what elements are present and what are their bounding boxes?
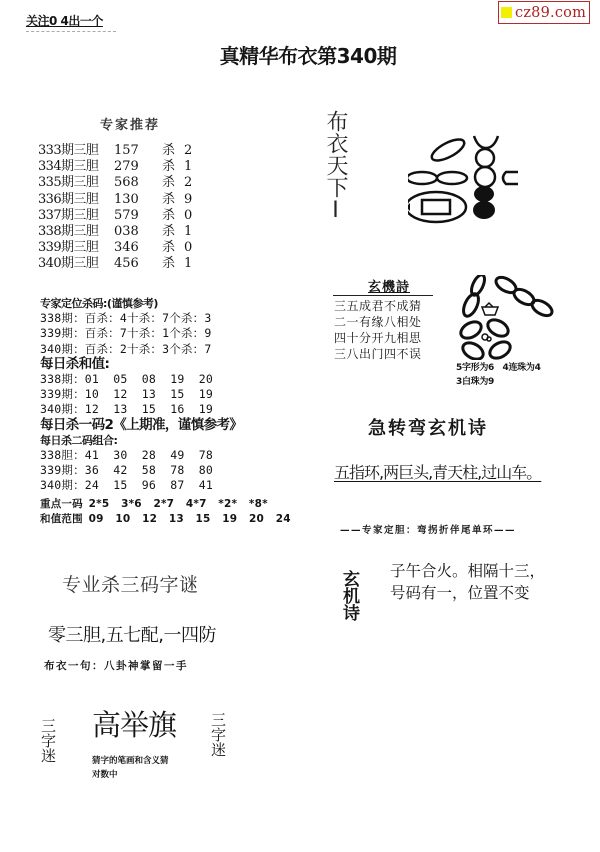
kill-label: 杀 bbox=[162, 159, 184, 175]
expert-picks-table: 333期三胆157杀2 334期三胆279杀1 335期三胆568杀2 336期… bbox=[38, 143, 192, 273]
period-cell: 338期三胆 bbox=[38, 224, 114, 240]
table-row: 336期三胆130杀9 bbox=[38, 192, 192, 208]
bead-diagram-2 bbox=[458, 275, 568, 364]
turn-poem-line: 五指环,两巨头,青天柱,过山车。 bbox=[334, 460, 541, 483]
follow-note: 关注0 4出一个 bbox=[26, 12, 103, 29]
table-row: 335期三胆568杀2 bbox=[38, 175, 192, 191]
table-row: 338期三胆038杀1 bbox=[38, 224, 192, 240]
daily-one-kill: 每日杀一码2《上期准，谨慎参考》 bbox=[40, 418, 291, 433]
turn-poem-title: 急转弯玄机诗 bbox=[368, 414, 488, 440]
expert-bile-line: ——专家定胆：弯拐折伴尾单环—— bbox=[340, 522, 516, 536]
site-badge-text: cz89.com bbox=[515, 5, 586, 21]
mystic-vertical-label: 玄机诗 bbox=[335, 570, 362, 621]
bead-note-line: 3白珠为9 bbox=[456, 375, 541, 389]
kill-cell: 1 bbox=[184, 159, 192, 175]
period-cell: 334期三胆 bbox=[38, 159, 114, 175]
sum-range: 和值范围 09 10 12 13 15 19 20 24 bbox=[40, 512, 291, 527]
poem-line: 二一有缘八相处 bbox=[334, 314, 422, 330]
period-cell: 336期三胆 bbox=[38, 192, 114, 208]
riddle-hint-line: 猜字的笔画和含义猜 bbox=[92, 754, 192, 768]
period-cell: 335期三胆 bbox=[38, 175, 114, 191]
expert-picks-heading: 专家推荐 bbox=[100, 114, 160, 133]
bead-figure-icon bbox=[408, 134, 538, 224]
list-item: 338期：百杀：4十杀：7个杀：3 bbox=[40, 311, 291, 326]
mystic-poem-title: 玄機詩 bbox=[368, 276, 410, 295]
buyi-vertical-title: 布衣天下I bbox=[322, 110, 349, 223]
list-item: 339期：10 12 13 15 19 bbox=[40, 387, 291, 402]
list-item: 339期：36 42 58 78 80 bbox=[40, 463, 291, 478]
kill-cell: 1 bbox=[184, 256, 192, 272]
list-item: 340期：12 13 15 16 19 bbox=[40, 402, 291, 417]
table-row: 337期三胆579杀0 bbox=[38, 208, 192, 224]
kill-label: 杀 bbox=[162, 256, 184, 272]
list-item: 339期：百杀：7十杀：1个杀：9 bbox=[40, 326, 291, 341]
riddle-label-left: 三字迷 bbox=[40, 718, 56, 763]
mystic-line: 号码有一，位置不变 bbox=[390, 582, 545, 604]
nums-cell: 456 bbox=[114, 256, 162, 272]
poem-line: 三五成君不成猜 bbox=[334, 298, 422, 314]
nums-cell: 038 bbox=[114, 224, 162, 240]
list-item: 338期：01 05 08 19 20 bbox=[40, 372, 291, 387]
position-kill-block: 专家定位杀码:(谨慎参考) 338期：百杀：4十杀：7个杀：3 339期：百杀：… bbox=[40, 296, 291, 527]
kill-cell: 9 bbox=[184, 192, 192, 208]
kill-label: 杀 bbox=[162, 208, 184, 224]
site-badge[interactable]: cz89.com bbox=[498, 1, 590, 24]
buyi-one-line: 布衣一句：八卦神掌留一手 bbox=[44, 658, 188, 673]
mystic-block-lines: 子午合火。相隔十三， 号码有一，位置不变 bbox=[390, 560, 545, 604]
daily-two-kill-heading: 每日杀二码组合: bbox=[40, 433, 291, 448]
kill-three-title: 专业杀三码字谜 bbox=[62, 570, 199, 597]
table-row: 340期三胆456杀1 bbox=[38, 256, 192, 272]
kill-cell: 1 bbox=[184, 224, 192, 240]
page-title: 真精华布衣第340期 bbox=[8, 40, 600, 69]
daily-sum-kill-heading: 每日杀和值: bbox=[40, 357, 291, 372]
kill-label: 杀 bbox=[162, 175, 184, 191]
nums-cell: 568 bbox=[114, 175, 162, 191]
riddle-hint-line: 对数中 bbox=[92, 768, 192, 782]
nums-cell: 130 bbox=[114, 192, 162, 208]
nums-cell: 279 bbox=[114, 159, 162, 175]
mystic-poem-lines: 三五成君不成猜 二一有缘八相处 四十分开九相思 三八出门四不误 bbox=[334, 298, 422, 362]
key-code: 重点一码 2*5 3*6 2*7 4*7 *2* *8* bbox=[40, 497, 291, 512]
table-row: 333期三胆157杀2 bbox=[38, 143, 192, 159]
bead-chain-icon bbox=[458, 275, 568, 360]
bead-diagram-1 bbox=[408, 134, 538, 228]
divider bbox=[333, 295, 433, 296]
position-kill-heading: 专家定位杀码:(谨慎参考) bbox=[40, 296, 291, 311]
kill-label: 杀 bbox=[162, 143, 184, 159]
bead-note: 5字形为6 4连珠为43白珠为9 bbox=[456, 361, 541, 389]
kill-label: 杀 bbox=[162, 224, 184, 240]
riddle-word: 高举旗 bbox=[92, 703, 176, 744]
yellow-square-icon bbox=[501, 7, 512, 18]
kill-cell: 2 bbox=[184, 175, 192, 191]
period-cell: 339期三胆 bbox=[38, 240, 114, 256]
kill-label: 杀 bbox=[162, 192, 184, 208]
period-cell: 340期三胆 bbox=[38, 256, 114, 272]
poem-line: 三八出门四不误 bbox=[334, 346, 422, 362]
mystic-line: 子午合火。相隔十三， bbox=[390, 560, 545, 582]
kill-cell: 0 bbox=[184, 240, 192, 256]
nums-cell: 157 bbox=[114, 143, 162, 159]
poem-line: 四十分开九相思 bbox=[334, 330, 422, 346]
kill-cell: 0 bbox=[184, 208, 192, 224]
kill-cell: 2 bbox=[184, 143, 192, 159]
list-item: 338胆：41 30 28 49 78 bbox=[40, 448, 291, 463]
riddle-label-right: 三字迷 bbox=[210, 712, 226, 757]
table-row: 339期三胆346杀0 bbox=[38, 240, 192, 256]
kill-label: 杀 bbox=[162, 240, 184, 256]
riddle-hint: 猜字的笔画和含义猜 对数中 bbox=[92, 754, 192, 782]
list-item: 340期：24 15 96 87 41 bbox=[40, 478, 291, 493]
bead-note-line: 5字形为6 4连珠为4 bbox=[456, 361, 541, 375]
table-row: 334期三胆279杀1 bbox=[38, 159, 192, 175]
nums-cell: 346 bbox=[114, 240, 162, 256]
period-cell: 337期三胆 bbox=[38, 208, 114, 224]
list-item: 340期：百杀：2十杀：3个杀：7 bbox=[40, 342, 291, 357]
nums-cell: 579 bbox=[114, 208, 162, 224]
faded-subline bbox=[26, 31, 116, 34]
kill-three-line: 零三胆,五七配,一四防 bbox=[48, 621, 216, 647]
period-cell: 333期三胆 bbox=[38, 143, 114, 159]
